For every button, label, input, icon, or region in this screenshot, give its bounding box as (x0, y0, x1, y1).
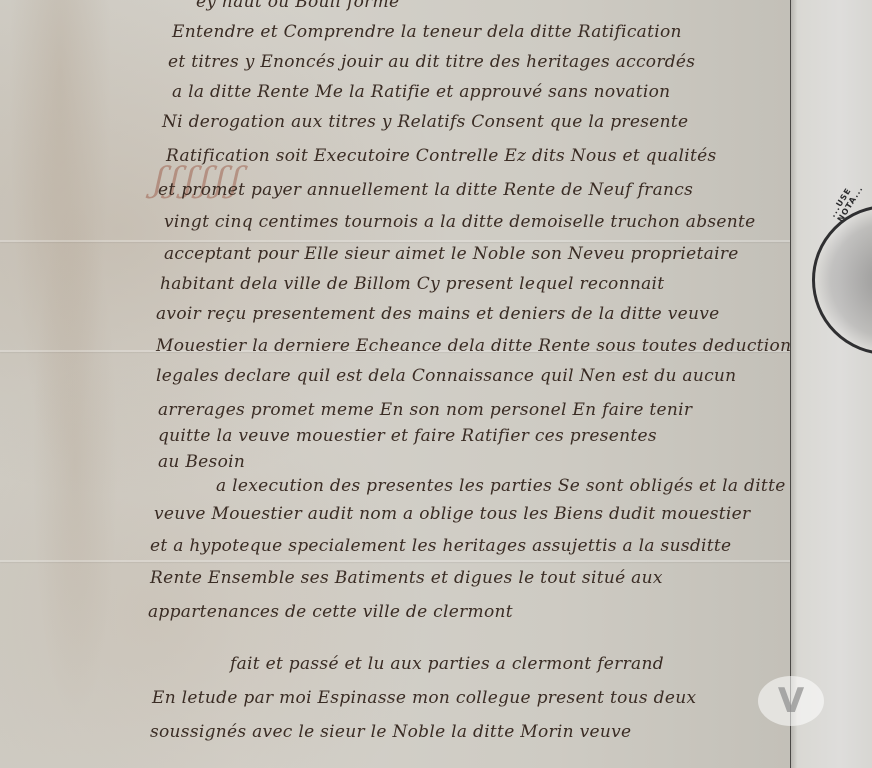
text-line: Entendre et Comprendre la teneur dela di… (172, 22, 682, 42)
text-line: au Besoin (158, 452, 245, 472)
text-line: avoir reçu presentement des mains et den… (156, 304, 720, 324)
paper-fold (0, 560, 790, 562)
paper-fold (0, 240, 790, 242)
text-line: quitte la veuve mouestier et faire Ratif… (158, 426, 657, 446)
text-line: fait et passé et lu aux parties a clermo… (230, 654, 664, 674)
watermark-logo: V (758, 676, 824, 726)
text-line: a la ditte Rente Me la Ratifie et approu… (172, 82, 670, 102)
right-page (790, 0, 872, 768)
watermark-v-icon: V (778, 681, 804, 721)
document-photo: ...USE NOTA... ʃʃʃʃʃʃ ey haut ou Bouii f… (0, 0, 872, 768)
text-line: Ratification soit Executoire Contrelle E… (166, 146, 717, 166)
text-line: En letude par moi Espinasse mon collegue… (152, 688, 696, 708)
text-line: Rente Ensemble ses Batiments et digues l… (150, 568, 663, 588)
text-line: legales declare quil est dela Connaissan… (156, 366, 736, 386)
text-line: arrerages promet meme En son nom persone… (158, 400, 692, 420)
text-line: ey haut ou Bouii forme (196, 0, 399, 12)
text-line: Ni derogation aux titres y Relatifs Cons… (162, 112, 688, 132)
text-line: a lexecution des presentes les parties S… (216, 476, 786, 496)
text-line: acceptant pour Elle sieur aimet le Noble… (164, 244, 739, 264)
margin-stain (0, 0, 150, 768)
text-line: Mouestier la derniere Echeance dela ditt… (156, 336, 791, 356)
text-line: et promet payer annuellement la ditte Re… (158, 180, 693, 200)
text-line: et titres y Enoncés jouir au dit titre d… (168, 52, 695, 72)
text-line: veuve Mouestier audit nom a oblige tous … (154, 504, 750, 524)
text-line: appartenances de cette ville de clermont (148, 602, 513, 622)
text-line: vingt cinq centimes tournois a la ditte … (164, 212, 756, 232)
text-line: et a hypoteque specialement les heritage… (150, 536, 731, 556)
text-line: habitant dela ville de Billom Cy present… (160, 274, 664, 294)
text-line: soussignés avec le sieur le Noble la dit… (150, 722, 631, 742)
